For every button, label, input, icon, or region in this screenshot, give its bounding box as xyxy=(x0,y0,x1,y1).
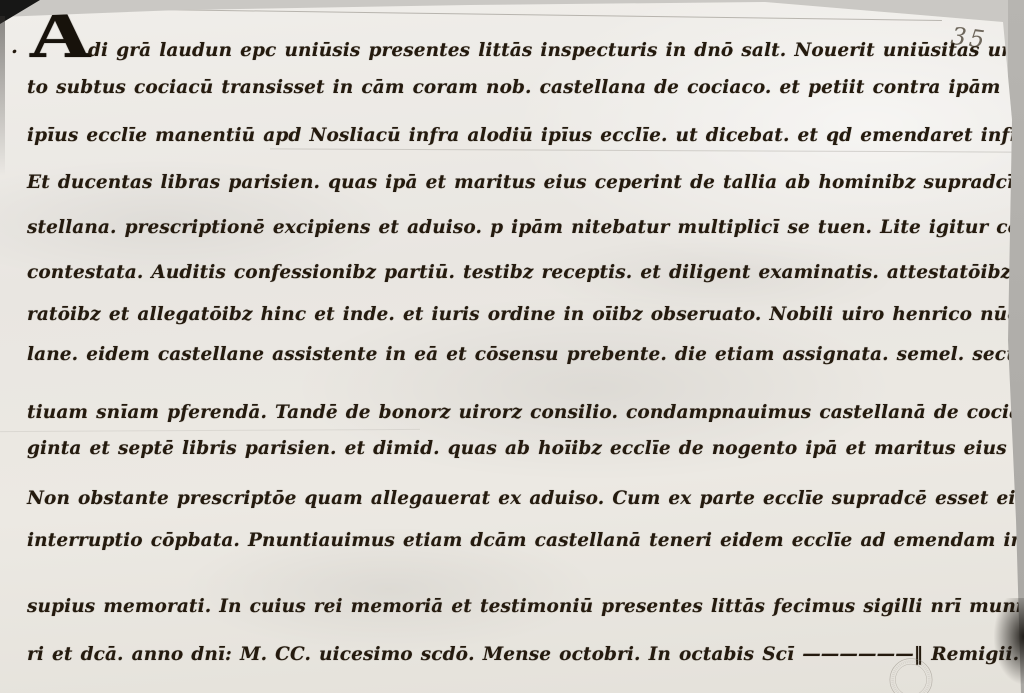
charter-line-11: Non obstante prescriptōe quam allegauera… xyxy=(27,484,988,514)
charter-line-8: lane. eidem castellane assistente in eā … xyxy=(27,340,988,370)
charter-line-1: di grā laudun epc uniūsis presentes litt… xyxy=(88,36,988,66)
archive-stamp-icon xyxy=(836,650,986,693)
charter-line-13: supius memorati. In cuius rei memoriā et… xyxy=(27,592,988,622)
initial-dot: . xyxy=(11,34,18,58)
charter-line-3: ipīus ecclīe manentiū apd Nosliacū infra… xyxy=(27,121,988,151)
charter-line-10: ginta et septē libris parisien. et dimid… xyxy=(27,434,988,464)
charter-line-12: interruptio cōpbata. Pnuntiauimus etiam … xyxy=(27,526,988,556)
top-edge-crease xyxy=(80,8,942,33)
manuscript-photo: 35 . A di grā laudun epc uniūsis present… xyxy=(0,0,1024,693)
faint-crease xyxy=(0,429,420,432)
charter-line-2: to subtus cociacū transisset in cām cora… xyxy=(27,73,988,103)
left-edge-shadow xyxy=(0,16,5,176)
charter-line-9: tiuam snīam pferendā. Tandē de bonorz ui… xyxy=(27,398,988,428)
charter-line-6: contestata. Auditis confessionibz partiū… xyxy=(27,258,988,288)
charter-line-4: Et ducentas libras parisien. quas ipā et… xyxy=(27,168,988,198)
charter-line-7: ratōibz et allegatōibz hinc et inde. et … xyxy=(27,300,988,330)
initial-letter: A xyxy=(30,4,90,64)
right-edge-ink-mark xyxy=(994,598,1024,684)
parchment-sheet: 35 . A di grā laudun epc uniūsis present… xyxy=(0,0,1024,693)
charter-line-5: stellana. prescriptionē excipiens et adu… xyxy=(27,213,988,243)
